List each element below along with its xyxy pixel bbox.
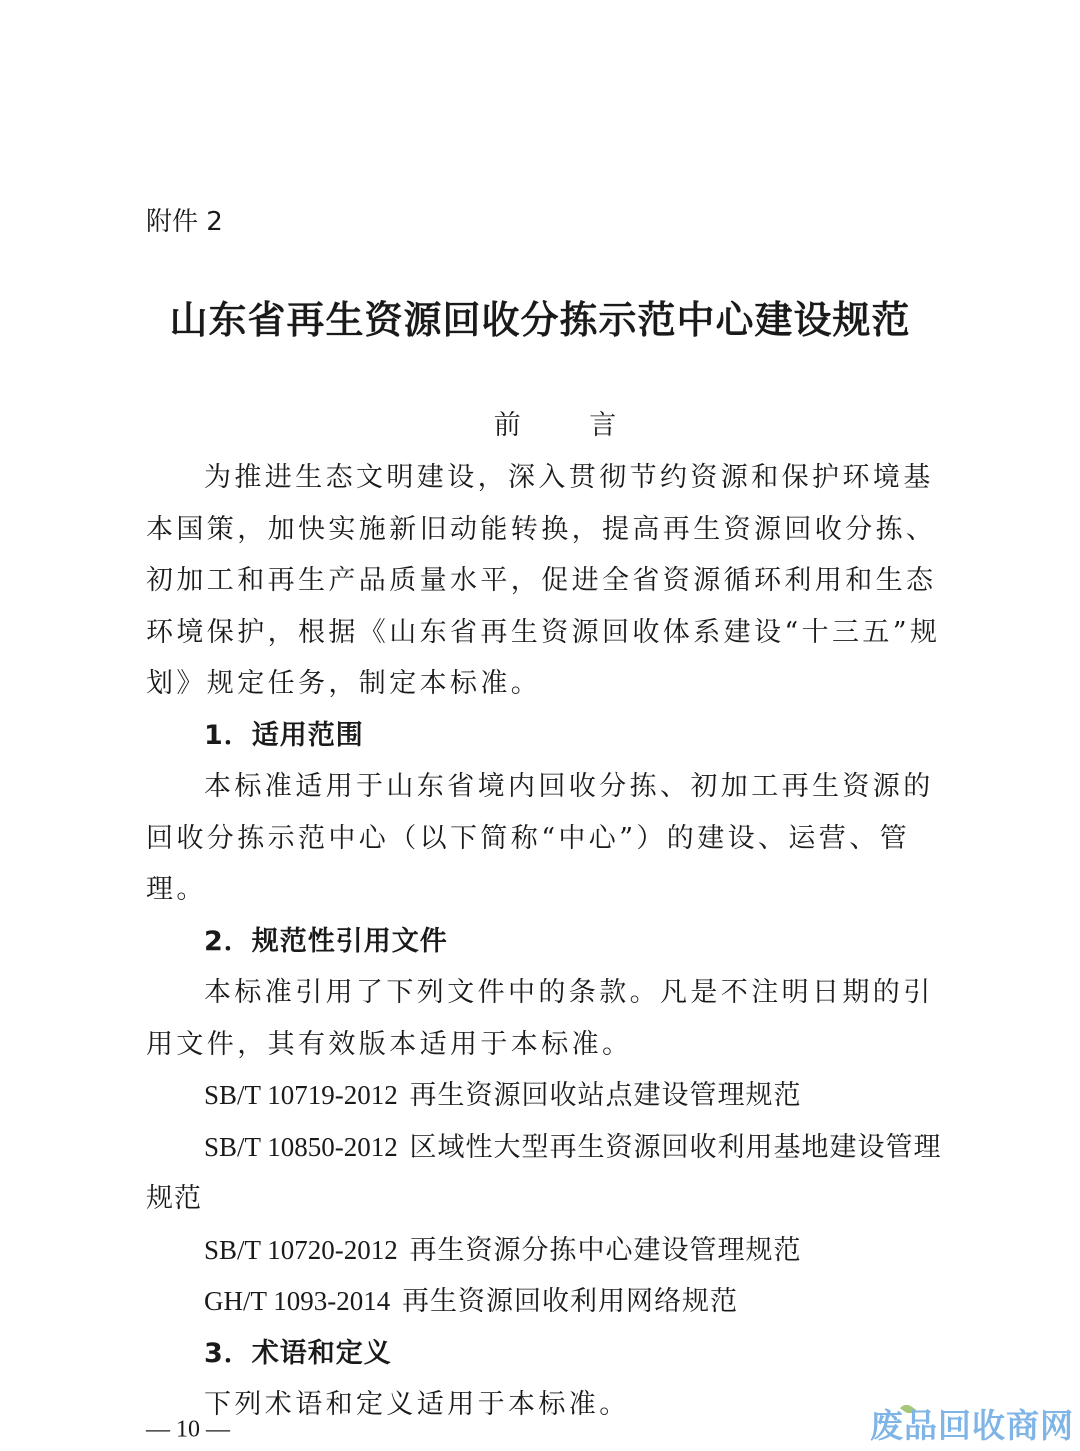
reference-item: GH/T 1093-2014 再生资源回收利用网络规范: [146, 1276, 946, 1328]
section-heading-scope: 1．适用范围: [146, 710, 946, 762]
reference-name: 再生资源回收利用网络规范: [402, 1286, 738, 1316]
reference-code: SB/T 10719-2012: [204, 1080, 398, 1110]
document-body: 为推进生态文明建设，深入贯彻节约资源和保护环境基本国策，加快实施新旧动能转换，提…: [146, 452, 946, 1431]
section-text-references: 本标准引用了下列文件中的条款。凡是不注明日期的引用文件，其有效版本适用于本标准。: [146, 967, 946, 1070]
reference-item: SB/T 10720-2012 再生资源分拣中心建设管理规范: [146, 1225, 946, 1277]
reference-code: SB/T 10720-2012: [204, 1235, 398, 1265]
preface-paragraph: 为推进生态文明建设，深入贯彻节约资源和保护环境基本国策，加快实施新旧动能转换，提…: [146, 452, 946, 710]
preface-heading: 前 言: [0, 404, 1080, 448]
reference-item: SB/T 10719-2012 再生资源回收站点建设管理规范: [146, 1070, 946, 1122]
reference-code: GH/T 1093-2014: [204, 1286, 390, 1316]
reference-code: SB/T 10850-2012: [204, 1132, 398, 1162]
reference-name: 再生资源回收站点建设管理规范: [410, 1080, 802, 1110]
attachment-label: 附件 2: [146, 202, 223, 242]
section-text-terms: 下列术语和定义适用于本标准。: [146, 1379, 946, 1431]
reference-item: SB/T 10850-2012 区域性大型再生资源回收利用基地建设管理规范: [146, 1122, 946, 1225]
document-title: 山东省再生资源回收分拣示范中心建设规范: [0, 290, 1080, 350]
reference-name: 再生资源分拣中心建设管理规范: [410, 1235, 802, 1265]
page-number: — 10 —: [146, 1417, 230, 1444]
watermark-logo: 废品回收商网: [870, 1400, 1074, 1447]
section-heading-references: 2．规范性引用文件: [146, 916, 946, 968]
section-text-scope: 本标准适用于山东省境内回收分拣、初加工再生资源的回收分拣示范中心（以下简称“中心…: [146, 761, 946, 916]
section-heading-terms: 3．术语和定义: [146, 1328, 946, 1380]
